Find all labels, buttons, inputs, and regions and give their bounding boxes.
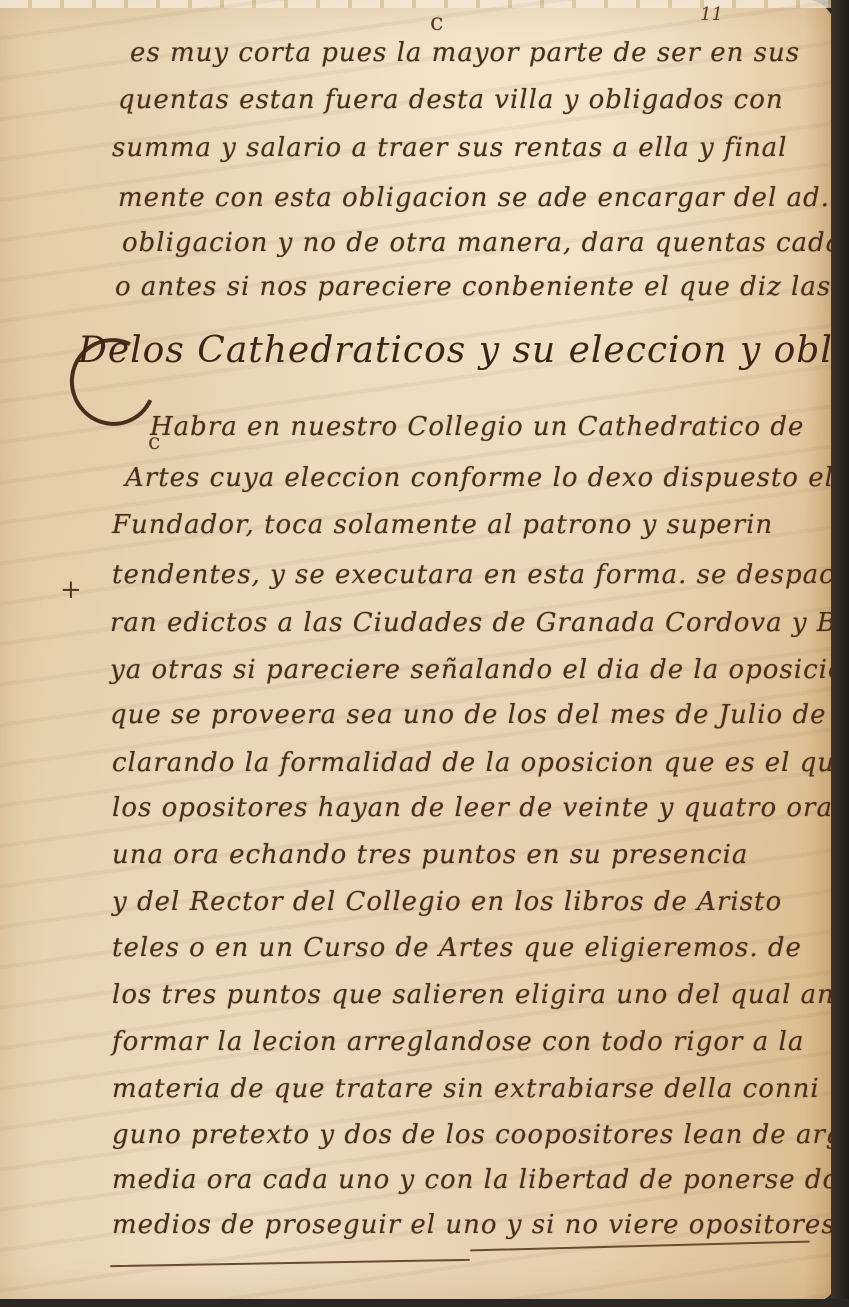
text-line-18: teles o en un Curso de Artes que eligier… [112,933,802,963]
top-mark: c [430,8,443,36]
text-line-1: es muy corta pues la mayor parte de ser … [130,38,800,68]
margin-mark-cross: + [60,575,82,605]
text-line-16: una ora echando tres puntos en su presen… [112,840,748,870]
text-line-4: mente con esta obligacion se ade encarga… [118,183,830,213]
bottom-edge [0,1299,849,1307]
text-line-9: Fundador, toca solamente al patrono y su… [112,510,773,540]
text-line-12: ya otras si pareciere señalando el dia d… [110,655,849,685]
text-line-23: media ora cada uno y con la libertad de … [112,1165,849,1195]
folio-number: 11 [700,4,723,25]
text-line-20: formar la lecion arreglandose con todo r… [112,1027,804,1057]
text-line-24: medios de proseguir el uno y si no viere… [112,1210,836,1240]
text-line-10: tendentes, y se executara en esta forma.… [112,560,849,590]
text-line-7: Habra en nuestro Collegio un Cathedratic… [150,412,804,442]
text-line-5: obligacion y no de otra manera, dara que… [122,228,849,258]
section-heading: Delos Cathedraticos y su eleccion y obli… [78,330,849,371]
closing-rule-right [470,1241,810,1252]
manuscript-page: 11 c es muy corta pues la mayor parte de… [0,0,838,1300]
text-line-13: que se proveera sea uno de los del mes d… [110,700,827,730]
text-line-6: o antes si nos pareciere conbeniente el … [115,272,840,302]
text-line-11: ran edictos a las Ciudades de Granada Co… [110,608,849,638]
text-line-19: los tres puntos que salieren eligira uno… [112,980,835,1010]
text-line-8: Artes cuya eleccion conforme lo dexo dis… [125,463,834,493]
text-line-2: quentas estan fuera desta villa y obliga… [118,85,784,115]
text-line-14: clarando la formalidad de la oposicion q… [112,748,849,778]
text-line-3: summa y salario a traer sus rentas a ell… [112,133,787,163]
text-line-17: y del Rector del Collegio en los libros … [112,887,782,917]
binding-edge [831,0,849,1307]
text-line-21: materia de que tratare sin extrabiarse d… [112,1074,820,1104]
closing-rule-left [110,1259,470,1267]
text-line-22: guno pretexto y dos de los coopositores … [112,1120,849,1150]
text-line-15: los opositores hayan de leer de veinte y… [112,793,847,823]
